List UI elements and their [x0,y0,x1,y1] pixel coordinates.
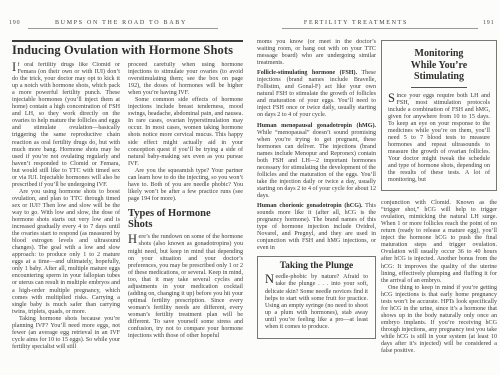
paragraph-text: ince your eggs require both LH and FSH, … [388,93,490,184]
paragraph: If oral fertility drugs like Clomid or F… [12,62,120,189]
paragraph-text: f oral fertility drugs like Clomid or Fe… [12,62,120,188]
sidebar-box-text: Needle-phobic by nature? Afraid to take … [265,274,368,330]
header-rule-left [28,28,218,29]
paragraph-text: While “menopausal” doesn’t sound promisi… [257,130,376,199]
running-head-left: BUMPS ON THE ROAD TO BABY [12,20,230,26]
drop-cap: H [128,234,139,244]
sidebar-box-monitoring: Monitoring While You’re Stimulating Sinc… [381,40,497,191]
header-rule-right [282,28,478,29]
title-rule [12,40,243,42]
sidebar-box-title: Taking the Plunge [265,263,368,270]
sidebar-box-taking-the-plunge: Taking the Plunge Needle-phobic by natur… [257,256,376,338]
run-in-heading: Follicle-stimulating hormone (FSH). [257,70,357,76]
sidebar-box-title: Monitoring While You’re Stimulating [402,48,476,83]
paragraph-hcg: Human chorionic gonadotropin (hCG). This… [257,203,376,252]
paragraph: conjunction with Clomid. Known as the “t… [381,200,497,285]
run-in-heading: Human menopausal gonadotropin (hMG). [257,123,376,129]
page-number-right: 191 [483,20,494,26]
paragraph-text: eedle-phobic by nature? Afraid to take t… [265,274,368,329]
sidebar-title-rule [411,87,467,88]
left-page-column-1: If oral fertility drugs like Clomid or F… [12,62,120,355]
paragraph-fsh: Follicle-stimulating hormone (FSH). Thes… [257,70,376,119]
running-head-right: FERTILITY TREATMENTS [247,20,465,26]
paragraph: Are you the squeamish type? Your partner… [128,168,243,203]
paragraph-text: This sounds more like it (after all, hCG… [257,203,376,251]
paragraph: Taking hormone shots because you’re plan… [12,316,120,351]
section-heading: Types of Hormone Shots [128,208,212,231]
left-page-column-2: proceed carefully when using hormone inj… [128,62,243,355]
paragraph: Are you using hormone shots to boost ovu… [12,189,120,316]
sidebar-box-text: Since your eggs require both LH and FSH,… [388,93,490,185]
paragraph-text: ere’s the rundown on some of the hormone… [128,234,243,339]
right-page-column-1: moms you know (or meet in the doctor’s w… [257,39,376,369]
paragraph: proceed carefully when using hormone inj… [128,62,243,97]
paragraph: moms you know (or meet in the doctor’s w… [257,39,376,67]
drop-cap: N [265,274,276,284]
paragraph-hmg: Human menopausal gonadotropin (hMG). Whi… [257,123,376,201]
book-spread: 190 BUMPS ON THE ROAD TO BABY FERTILITY … [0,0,500,375]
right-page-column-2: Monitoring While You’re Stimulating Sinc… [381,39,497,369]
paragraph: One thing to keep in mind if you’re gett… [381,285,497,355]
article-title: Inducing Ovulation with Hormone Shots [12,43,243,58]
paragraph-text: These injections (brand names include Br… [257,70,376,118]
paragraph: Here’s the rundown on some of the hormon… [128,234,243,340]
run-in-heading: Human chorionic gonadotropin (hCG). [257,203,363,209]
paragraph: Some common side effects of hormone inje… [128,97,243,167]
